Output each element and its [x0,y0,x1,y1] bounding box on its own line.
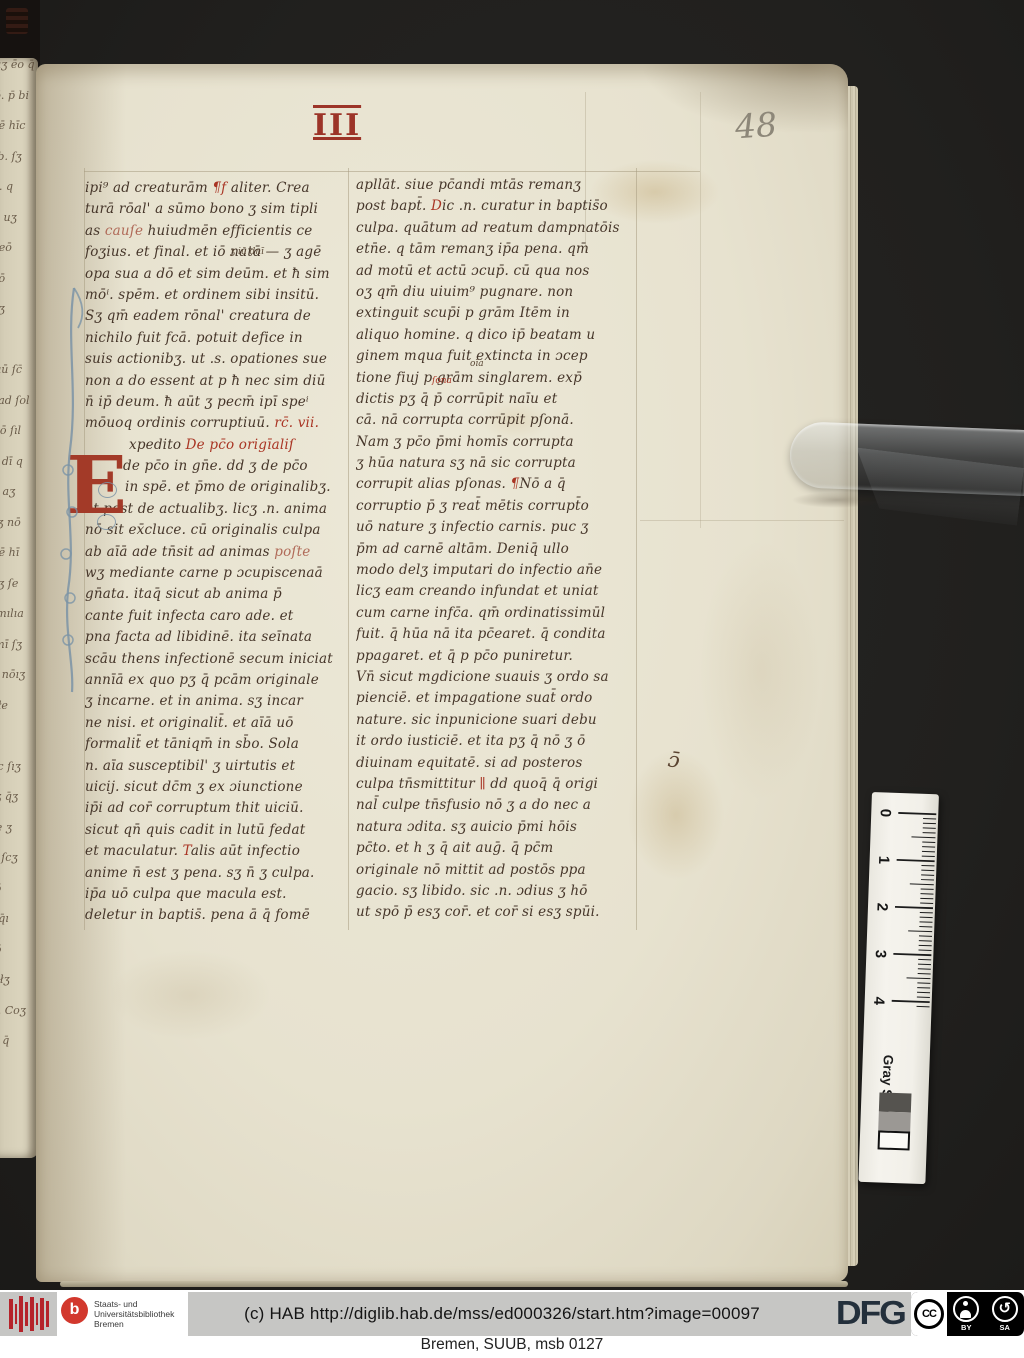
library-name: Staats- und Universitätsbibliothek Breme… [94,1299,174,1329]
manuscript-line: it ordo iusticiē. et ita pʒ q̄ nō ʒ ō [356,733,635,754]
ruler-number: 1 [875,852,893,869]
manuscript-line: ptaʒ dī q [0,455,38,486]
ruler-number: 2 [873,899,891,916]
manuscript-text-segment: culpa tn̄smittitur [356,776,479,792]
manuscript-line: itaʒ ad ſol [0,394,38,425]
manuscript-line: ʒ cō. uʒ [0,211,38,242]
manuscript-line: cum carne infc̄a. qm̄ ordinatissimūl [356,605,635,626]
manuscript-line: diuinam equitatē. si ad posteros [356,755,635,776]
footer-gray-panel: (c) HAB http://diglib.hab.de/mss/ed00032… [188,1292,911,1336]
interlinear-note: oīa [470,359,484,369]
manuscript-line: ipi⁹ ad creaturām ¶f aliter. Crea [85,180,346,201]
logo-bar [15,1304,17,1324]
manuscript-line: anime n̄ est ʒ pena. sʒ n̄ ʒ culpa. [85,865,346,886]
manuscript-line: nıhıl q̄ [0,1034,38,1065]
cc-by-label: BY [961,1323,971,1332]
manuscript-line: ʒ dʒ [0,333,38,364]
cc-icon: CC [914,1299,944,1329]
manuscript-line: tione fiuj p grām singlarem. exp̄ [356,370,635,391]
manuscript-line: Sʒ qm̄ eadem rōnal' creatura de [85,308,346,329]
manuscript-text-segment: cauſe [105,223,143,239]
manuscript-line: hōi aū ſc̄ [0,363,38,394]
shelfmark: Bremen, SUUB, msb 0127 [0,1336,1024,1354]
ruler-number: 0 [877,805,895,822]
manuscript-line: a ıdaʒ ēo q̄ [0,58,38,89]
suub-logo: b [61,1297,88,1324]
manuscript-line: dī. bʒ [0,302,38,333]
manuscript-line: uicij. sicut dc̄m ʒ ex ɔiunctione [85,779,346,800]
manuscript-text-segment: mōuoq ordinis corruptiuū. [85,415,274,431]
parchment-stain [110,950,270,1040]
manuscript-text-segment: de pc̄o in gn̄e. dd ʒ de pc̄o [123,458,308,474]
sa-arrow: ↺ [998,1301,1011,1316]
manuscript-line: nichilo fuit fcā. potuit defice in [85,330,346,351]
logo-bar [30,1297,34,1331]
facing-page-edge: a ıdaʒ ēo q̄ʒ illō. p̄ bigł. uē hīcʒ nob… [0,58,38,1158]
folio-number-pencil: 48 [734,105,779,147]
manuscript-line: corrupit alias pſonas. ¶Nō a q̄ [356,476,635,497]
logo-bar [25,1302,28,1326]
manuscript-line: cā. nā corrupta corrūpit pſonā. [356,412,635,433]
manuscript-text-segment: poſte [274,544,310,560]
manuscript-line: ım̄ nō [0,272,38,303]
library-name-line: Bremen [94,1319,174,1329]
manuscript-line: culpa tn̄smittitur ∥ dd quoq̄ q̄ origi [356,776,635,797]
logo-bar [40,1298,44,1330]
text-column-left: ipi⁹ ad creaturām ¶f aliter. Creaturā rō… [85,180,346,932]
logo-bar [46,1301,49,1327]
manuscript-line: ne nisi. et originalit̄. et aīā uō [85,715,346,736]
manuscript-line: formalit̄ et tāniqm̄ in sb̄o. Sola [85,736,346,757]
manuscript-line: cante fuit infecta caro ade. et [85,608,346,629]
chapter-numeral: III [313,108,361,143]
clamp-shadow [792,492,882,508]
cc-by-item: BY [947,1296,986,1332]
gray-scale-ruler: 0 1 2 3 4 Gray Scale [858,792,939,1184]
manuscript-line: modo delʒ imputari do infectio an̄e [356,562,635,583]
manuscript-line: foʒius. et final. et iō natā — ʒ agē [85,244,346,265]
manuscript-line: ſtaʒ eō [0,241,38,272]
manuscript-line: opa sua a dō et sim deūm. et ħ sim [85,266,346,287]
manuscript-text-segment: as [85,223,105,239]
manuscript-line: ad motū et actū ɔcup̄. cū qua nos [356,263,635,284]
library-panel: b Staats- und Universitätsbibliothek Bre… [57,1292,188,1336]
manuscript-line: gn̄ata. itaq̄ sicut ab anima p̄ [85,586,346,607]
suub-barcode-logo [0,1292,57,1336]
ruling-line [348,168,349,930]
library-name-line: Staats- und [94,1299,174,1309]
ruling-line [700,92,701,528]
manuscript-line: ʒ hoc ſıʒ [0,760,38,791]
manuscript-text-segment: in spē. et p̄mo de originalibʒ. [125,479,331,495]
manuscript-text-segment: ipi⁹ ad creaturām [85,180,212,196]
manuscript-line: ip̄a uō culpa que macula est. [85,886,346,907]
manuscript-line: ʒ illō. p̄ bi [0,89,38,120]
manuscript-line: ut spō p̄ esʒ cor̄. et cor̄ si esʒ spūi. [356,904,635,925]
manuscript-line: p̄ uō nōıʒ [0,668,38,699]
page-bottom-edge [60,1281,848,1287]
manuscript-line: ip̄i ad cor̄ corruptum thit uiciū. [85,800,346,821]
manuscript-line: mōⁱ. spēm. et ordinem sibi insitū. [85,287,346,308]
manuscript-text-segment: alis aūt infectio [191,843,300,859]
manuscript-line: etn̄e. q tām remanʒ ip̄a pena. qm̄ [356,241,635,262]
manuscript-line: gł. uē hīc [0,119,38,150]
manuscript-text-segment: ab aīā ade tn̄sit ad animas [85,544,274,560]
manuscript-line: wʒ mediante carne p ɔcupiscenaā [85,565,346,586]
manuscript-text-segment: aliter. Crea [226,180,309,196]
page-holder-clamp [789,421,1024,496]
manuscript-line: a dō. Coʒ [0,1004,38,1035]
manuscript-text-segment: T [183,843,191,859]
manuscript-line: gılet aʒ [0,485,38,516]
ruling-line [636,168,637,930]
manuscript-line: ı alō ſcʒ [0,851,38,882]
manuscript-line: pc̄to. et h ʒ q̄ ait auḡ. q̄ pc̄m [356,840,635,861]
manuscript-line: aʒ dʒ nō [0,516,38,547]
logo-bar [9,1299,13,1329]
manuscript-line: aliquo homine. q dico ip̄ beatam u [356,327,635,348]
manuscript-line: ab aīā ade tn̄sit ad animas poſte [85,544,346,565]
manuscript-line: Nam ʒ pc̄o p̄mi homīs corrupta [356,434,635,455]
manuscript-line: turā rōal' a sūmo bono ʒ sim tipli [85,201,346,222]
manuscript-line: pienciē. et impagatione suat̄ ordo [356,690,635,711]
interlinear-note: ſona [432,376,452,386]
manuscript-line: oʒ qm̄ diu uiuim⁹ pugnare. non [356,284,635,305]
logo-bar [36,1303,38,1325]
gray-patch [879,1092,912,1112]
manuscript-text-segment: De pc̄o origīaliſ [186,437,294,453]
manuscript-line: p̄m ad carnē altām. Deniq̄ ullo [356,541,635,562]
manuscript-line: n. aīa susceptibil' ʒ uirtutis et [85,758,346,779]
page-fore-edge [848,86,858,1266]
manuscript-line: q̄ ſcō [0,943,38,974]
cc-sa-item: ↺ SA [986,1296,1024,1332]
manuscript-line: at dī. q [0,180,38,211]
manuscript-line: pna facta ad libidinē. ita seīnata [85,629,346,650]
gray-scale-patches [878,1092,912,1150]
cc-by-icon [953,1296,979,1322]
manuscript-line: annīā ex quo pʒ q̄ pcām originale [85,672,346,693]
manuscript-line: extinguit scup̄i p grām Itēm in [356,305,635,326]
cc-sa-icon: ↺ [992,1296,1018,1322]
library-name-line: Universitätsbibliothek [94,1309,174,1319]
parchment-stain [700,540,820,800]
manuscript-line: ʒ hımī ſʒ [0,638,38,669]
headband-icon [6,8,28,34]
footer-logo-strip: b Staats- und Universitätsbibliothek Bre… [0,1292,1024,1336]
manuscript-line: de bʒ ſe [0,577,38,608]
manuscript-text-segment: ¶f [212,180,226,196]
ruler-number: 3 [872,946,890,963]
manuscript-line: dıſſımılıa [0,607,38,638]
manuscript-line: apllāt. siue pc̄andi mtās remanʒ [356,177,635,198]
manuscript-text-segment: xpedito [129,437,186,453]
manuscript-text-segment: D [431,198,442,214]
manuscript-line: ginem mqua fuit extincta in ɔcep [356,348,635,369]
ruling-line [84,171,700,172]
manuscript-line: n̄ ip̄ deum. ħ aūt ʒ pecm̄ ipī speⁱ [85,394,346,415]
manuscript-line: corruptio p̄ ʒ reat̄ mētis corrupt̄o [356,498,635,519]
manuscript-line: ꞇel cō ſıl [0,424,38,455]
manuscript-text-segment: corrupit alias pſonas. [356,476,511,492]
manuscript-text-segment: et maculatur. [85,843,183,859]
person-head [963,1301,968,1306]
cc-logo-cell: CC [911,1292,947,1336]
manuscript-line: nature. sic inpunicione suari debu [356,712,635,733]
manuscript-text-segment: huiudmēn efficientis ce [143,223,312,239]
manuscript-line: scāu thens infectionē secum iniciat [85,651,346,672]
manuscript-line: uō nature ʒ infectio carnis. puc ʒ [356,519,635,540]
manuscript-line: culpa. quātum ad reatum dampnatōis [356,220,635,241]
manuscript-text-segment: ic .n. curatur in baptis̄o [442,198,608,214]
manuscript-line: uē ſʒ q̄ʒ [0,790,38,821]
manuscript-line: deletur in baptis̄. pena ā q̄ fomē [85,907,346,928]
footer-bar: b Staats- und Universitätsbibliothek Bre… [0,1290,1024,1358]
manuscript-line: alō ſq̄ı [0,912,38,943]
manuscript-line: ʒ aʒ łʒ [0,973,38,1004]
manuscript-text-segment: rc̄. vii. [274,415,319,431]
text-column-right: apllāt. siue pc̄andi mtās remanʒpost bap… [356,177,635,935]
photo-stage: a ıdaʒ ēo q̄ʒ illō. p̄ bigł. uē hīcʒ nob… [0,0,1024,1358]
penwork-flourish-icon [48,280,108,700]
manuscript-line: originale nō mittit ad postōs ppa [356,862,635,883]
manuscript-line: p̄ ſue ʒ [0,821,38,852]
manuscript-line: suis actionibʒ. ut .s. opationes sue [85,351,346,372]
manuscript-line: ʒ hūa natura sʒ nā sic corrupta [356,455,635,476]
manuscript-text-segment: post bapt̄. [356,198,431,214]
gray-patch [878,1130,911,1150]
manuscript-line: Vn̄ sicut mgdicione suauis ʒ ordo sa [356,669,635,690]
manuscript-line: q̄ dılē hī [0,546,38,577]
ruling-line [640,520,844,521]
manuscript-line: mōuoq ordinis corruptiuū. rc̄. vii. [85,415,346,436]
logo-bar [19,1296,23,1332]
manuscript-line: ʒ nob. ſʒ [0,150,38,181]
manuscript-line: ppagaret. et q̄ p pc̄o puniretur. [356,648,635,669]
person-body [960,1310,971,1318]
manuscript-line: ſerʒ [0,729,38,760]
copyright-url: (c) HAB http://diglib.hab.de/mss/ed00032… [188,1292,816,1336]
manuscript-line: nal̄ culpe tn̄sfusio nō ʒ a do nec a [356,797,635,818]
manuscript-line: natura ɔdita. sʒ auicio p̄mi hōis [356,819,635,840]
interlinear-note: ʒ iū dnī [230,247,264,257]
manuscript-line: fuit. q̄ hūa nā ita pc̄earet. q̄ condita [356,626,635,647]
dfg-logo: DFG [836,1294,905,1332]
manuscript-line: gacio. sʒ libido. sic .n. ɔdius ʒ hō [356,883,635,904]
manuscript-line: dictis pʒ q̄ p̄ corrūpit naīu et [356,391,635,412]
manuscript-line: ab lō [0,882,38,913]
manuscript-text-segment: Nō a q̄ [519,476,565,492]
manuscript-line: licʒ eam creando infundat et uniat [356,583,635,604]
manuscript-line: as cauſe huiudmēn efficientis ce [85,223,346,244]
cc-license-badge: CC BY ↺ SA [911,1292,1024,1336]
manuscript-line: et maculatur. Talis aūt infectio [85,843,346,864]
manuscript-line: arıſtłe [0,699,38,730]
manuscript-line: post bapt̄. Dic .n. curatur in baptis̄o [356,198,635,219]
ruler-number: 4 [870,993,888,1010]
manuscript-line: ʒ incarne. et in anima. sʒ incar [85,693,346,714]
manuscript-line: non a do essent at p ħ nec sim diū [85,373,346,394]
gray-patch [878,1111,911,1131]
manuscript-text-segment: dd quoq̄ q̄ origi [486,776,598,792]
manuscript-line: sicut qn̄ quis cadit in lutū fedat [85,822,346,843]
cc-sa-label: SA [1000,1323,1010,1332]
